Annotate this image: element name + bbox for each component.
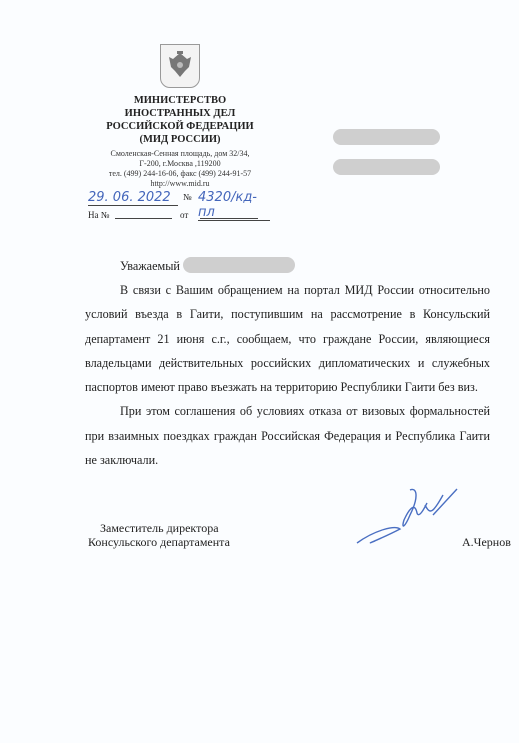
address-line: тел. (499) 244-16-06, факс (499) 244-91-… [60,169,300,179]
org-line: (МИД РОССИИ) [60,133,300,146]
org-line: МИНИСТЕРСТВО [60,94,300,107]
ministry-address: Смоленская-Сенная площадь, дом 32/34, Г-… [60,149,300,189]
ref-line [115,218,172,219]
address-line: Г-200, г.Москва ,119200 [60,159,300,169]
salutation: Уважаемый [85,254,490,278]
from-label: от [180,210,188,220]
ministry-name: МИНИСТЕРСТВО ИНОСТРАННЫХ ДЕЛ РОССИЙСКОЙ … [60,94,300,146]
number-field: 4320/кд-пл [198,190,270,221]
redacted-name [183,257,295,273]
coat-of-arms-icon [160,44,200,88]
ref-label: На № [88,210,109,220]
paragraph: В связи с Вашим обращением на портал МИД… [85,278,490,399]
title-line: Консульского департамента [88,535,230,549]
from-line [200,218,258,219]
number-value: 4320/кд-пл [198,190,270,221]
number-label: № [183,192,192,202]
title-line: Заместитель директора [88,521,230,535]
date-value: 29. 06. 2022 [88,190,178,206]
salutation-text: Уважаемый [120,259,180,273]
address-line: Смоленская-Сенная площадь, дом 32/34, [60,149,300,159]
letter-body: Уважаемый В связи с Вашим обращением на … [85,254,490,472]
redacted-recipient-line [333,159,440,175]
redacted-recipient-line [333,129,440,145]
signatory-name: А.Чернов [462,535,511,549]
org-line: РОССИЙСКОЙ ФЕДЕРАЦИИ [60,120,300,133]
paragraph: При этом соглашения об условиях отказа о… [85,399,490,472]
address-line: http://www.mid.ru [60,179,300,189]
signatory-title: Заместитель директора Консульского депар… [88,521,230,549]
org-line: ИНОСТРАННЫХ ДЕЛ [60,107,300,120]
date-field: 29. 06. 2022 [88,190,178,206]
